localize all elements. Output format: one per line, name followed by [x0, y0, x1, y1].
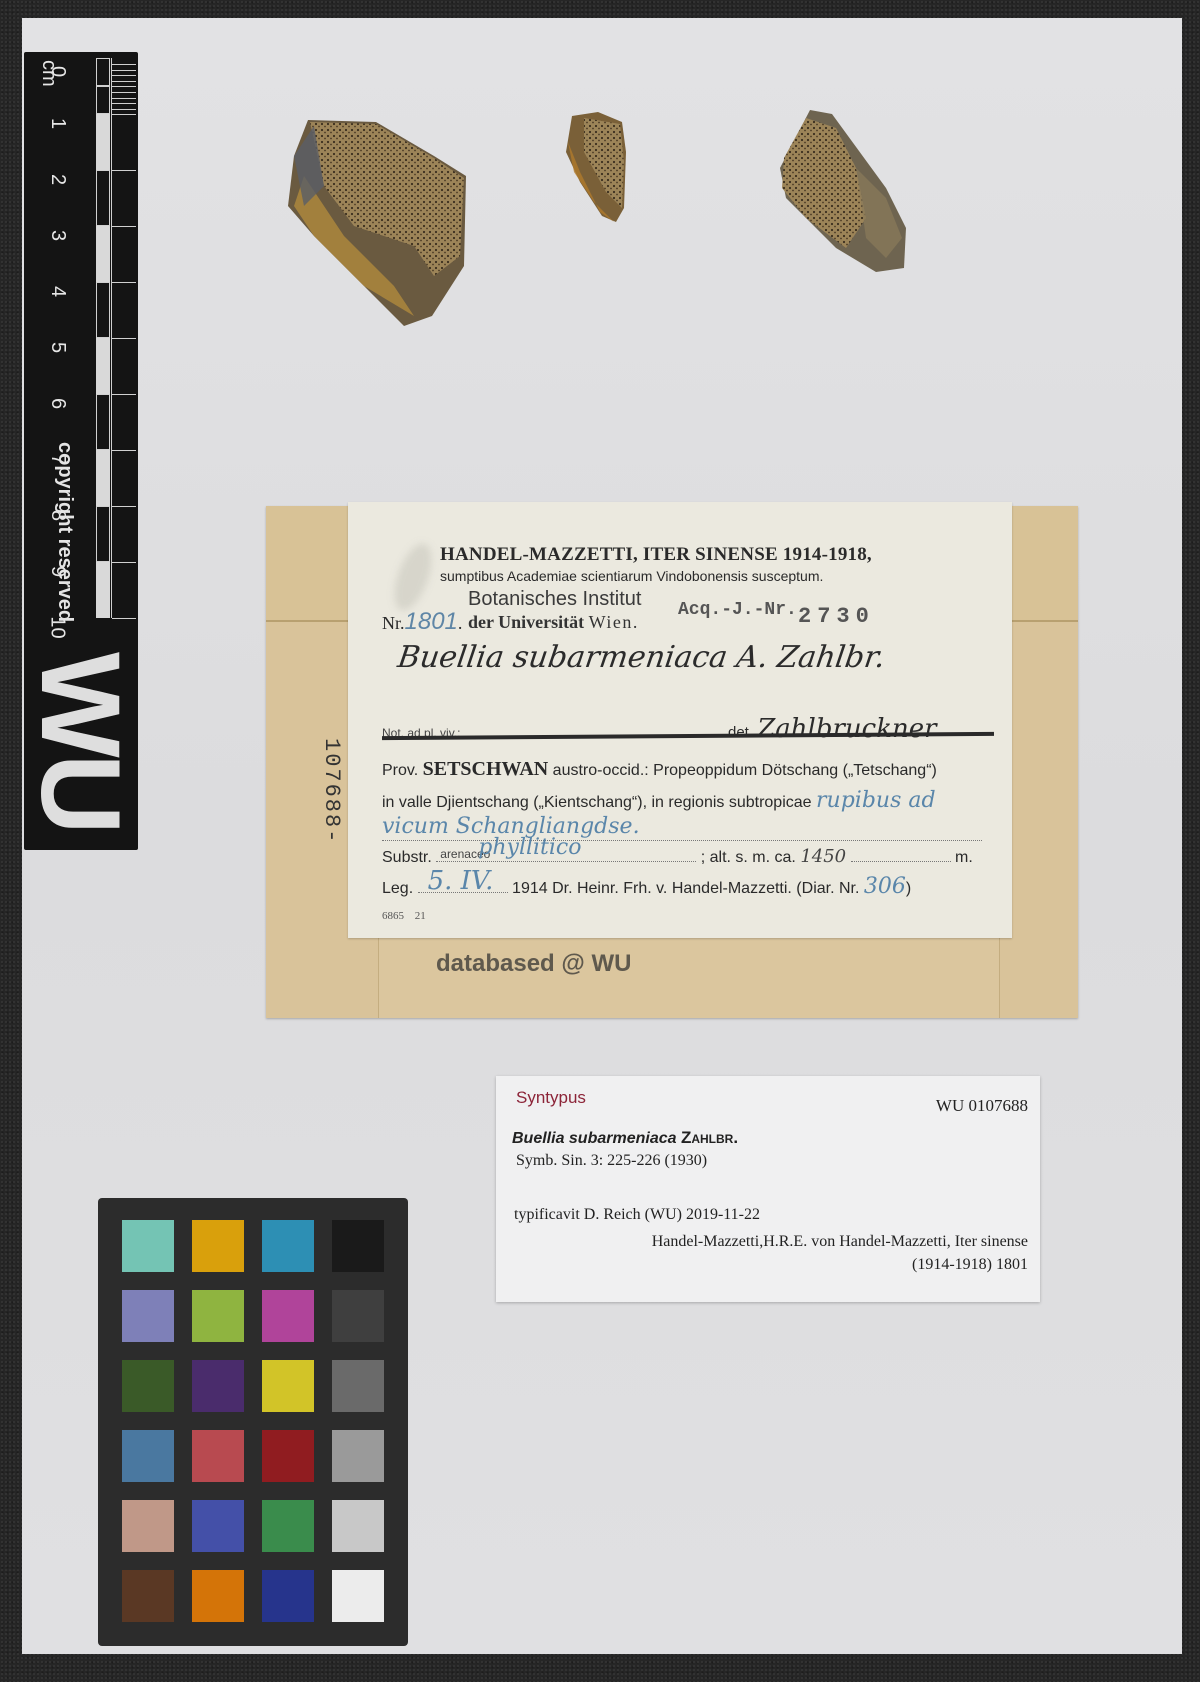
altitude: 1450 — [800, 846, 846, 867]
locality-line-1: Prov. SETSCHWAN austro-occid.: Propeoppi… — [382, 758, 937, 781]
typification: typificavit D. Reich (WU) 2019-11-22 — [514, 1206, 760, 1224]
print-code: 6865 21 — [382, 910, 426, 922]
ruler-number: 1 — [46, 118, 69, 129]
acquisition-label: Acq.-J.-Nr. — [678, 600, 797, 620]
collector-line: Leg. 5. IV. 1914 Dr. Heinr. Frh. v. Hand… — [382, 874, 911, 899]
color-patch — [332, 1290, 384, 1342]
catalog-number: WU 0107688 — [936, 1096, 1028, 1116]
color-patch — [192, 1500, 244, 1552]
ruler-number: 3 — [46, 230, 69, 241]
ruler-number: 2 — [46, 174, 69, 185]
collection-date: 5. IV. — [428, 866, 494, 896]
determiner-name: Zahlbruckner — [757, 714, 936, 744]
accession-number: 107688- — [319, 738, 344, 844]
color-patch — [262, 1430, 314, 1482]
color-patch — [192, 1360, 244, 1412]
diary-number: 306 — [864, 874, 906, 899]
locality-line-2: in valle Djientschang („Kientschang“), i… — [382, 788, 936, 813]
label-title: HANDEL-MAZZETTI, ITER SINENSE 1914-1918, — [440, 544, 872, 566]
locality-line-3: vicum Schangliangdse. — [382, 814, 982, 841]
color-patch — [262, 1570, 314, 1622]
wu-logo: WU — [24, 652, 136, 831]
ruler-number: 6 — [46, 398, 69, 409]
databased-stamp: databased @ WU — [436, 950, 631, 978]
copyright-text: copyright reserved — [53, 442, 76, 622]
specimen-rock-1 — [284, 116, 474, 326]
label-subtitle: sumptibus Academiae scientiarum Vindobon… — [440, 568, 823, 584]
color-checker-card — [98, 1198, 408, 1646]
color-patch — [122, 1500, 174, 1552]
color-patch — [332, 1500, 384, 1552]
specimen-rock-3 — [776, 108, 916, 278]
type-status-label: Syntypus WU 0107688 Buellia subarmeniaca… — [496, 1076, 1040, 1302]
color-patch — [122, 1430, 174, 1482]
ruler-scale — [96, 58, 136, 618]
color-patch — [192, 1570, 244, 1622]
color-patch — [192, 1220, 244, 1272]
color-patch — [192, 1290, 244, 1342]
institute-stamp-line1: Botanisches Institut — [468, 588, 641, 611]
color-patch — [332, 1360, 384, 1412]
color-patch — [122, 1290, 174, 1342]
envelope-flap-right — [1012, 506, 1078, 622]
ruler-number: 0 — [46, 66, 69, 77]
color-patch — [262, 1500, 314, 1552]
color-patch — [122, 1220, 174, 1272]
acquisition-number: 2730 — [798, 604, 875, 629]
province: SETSCHWAN — [423, 758, 549, 780]
ruler-number: 5 — [46, 342, 69, 353]
envelope-flap-left — [266, 506, 350, 622]
species-handwritten: Buellia subarmeniaca A. Zahlbr. — [396, 640, 888, 675]
color-patch — [122, 1570, 174, 1622]
ruler-number: 4 — [46, 286, 69, 297]
type-status: Syntypus — [516, 1088, 586, 1108]
color-patch — [332, 1570, 384, 1622]
color-patch — [262, 1220, 314, 1272]
taxon-author: Zahlbr. — [681, 1128, 738, 1147]
substrate-line: Substr. arenaceo phyllitico ; alt. s. m.… — [382, 846, 973, 867]
original-collection-label: HANDEL-MAZZETTI, ITER SINENSE 1914-1918,… — [348, 502, 1012, 938]
label-number-value: 1801 — [405, 608, 458, 635]
specimen-rock-2 — [564, 112, 644, 228]
color-patch — [262, 1360, 314, 1412]
publication-reference: Symb. Sin. 3: 225-226 (1930) — [516, 1152, 707, 1170]
label-number: Nr.1801. — [382, 608, 462, 636]
color-patch — [192, 1430, 244, 1482]
color-patch — [332, 1430, 384, 1482]
color-patch — [262, 1290, 314, 1342]
color-patch — [122, 1360, 174, 1412]
determiner: det. Zahlbruckner — [728, 714, 937, 744]
color-patch-grid — [122, 1220, 384, 1622]
institute-stamp-line2: der Universität Wien. — [468, 612, 639, 633]
scale-ruler: cm 0 1 2 3 4 5 6 7 8 9 10 copyright rese… — [24, 52, 138, 850]
color-patch — [332, 1220, 384, 1272]
taxon-name: Buellia subarmeniaca Zahlbr. — [512, 1128, 738, 1148]
collector-info: Handel-Mazzetti,H.R.E. von Handel-Mazzet… — [652, 1230, 1028, 1276]
